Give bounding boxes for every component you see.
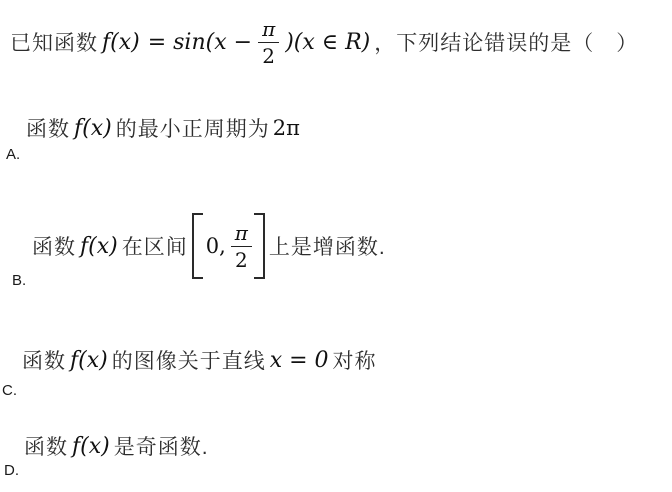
option-c-pre-text: 函数 [22,345,66,375]
option-c-fx: f(x) [70,348,108,373]
option-a-label: A. [6,146,20,163]
option-b-label: B. [12,272,26,289]
option-c-content: 函数 f(x) 的图像关于直线 x = 0 对称 [22,344,377,376]
option-d[interactable]: D. 函数 f(x) 是奇函数. [24,430,209,462]
option-b-content: 函数 f(x) 在区间 0, π 2 上是增函数. [32,212,386,280]
stem-fraction-pi-over-2: π 2 [258,18,279,66]
option-b[interactable]: B. 函数 f(x) 在区间 0, π 2 上是增函数. [32,212,386,280]
fraction-denominator: 2 [262,43,275,66]
option-a[interactable]: A. 函数 f(x) 的最小正周期为 2π [26,112,303,144]
stem-fx: f(x) [102,30,140,55]
option-d-pre-text: 函数 [24,431,68,461]
option-c-symmetry-line: x = 0 [270,348,329,373]
stem-equation-left: = sin(x − [148,30,252,55]
stem-comma: ， [374,27,396,57]
option-d-label: D. [4,462,19,479]
option-c-post-text: 对称 [333,345,377,375]
option-b-post-text: 上是增函数. [269,231,386,261]
question-stem: 已知函数 f(x) = sin(x − π 2 )(x ∈ R) ， 下列结论错… [10,14,638,70]
option-a-period-value: 2π [273,116,300,140]
fraction-numerator: π [231,222,252,247]
option-c-mid-text: 的图像关于直线 [112,345,266,375]
option-c-label: C. [2,382,17,399]
option-a-mid-text: 的最小正周期为 [116,113,270,143]
option-d-fx: f(x) [72,434,110,459]
stem-domain: )(x ∈ R) [285,30,370,55]
left-bracket [192,213,203,279]
option-b-mid-text: 在区间 [122,231,188,261]
option-b-fraction-pi-over-2: π 2 [231,222,252,270]
option-c[interactable]: C. 函数 f(x) 的图像关于直线 x = 0 对称 [22,344,377,376]
right-bracket [254,213,265,279]
option-d-mid-text: 是奇函数. [114,431,209,461]
fraction-numerator: π [258,18,279,43]
option-d-content: 函数 f(x) 是奇函数. [24,430,209,462]
stem-lead-text: 已知函数 [10,27,98,57]
option-a-fx: f(x) [74,116,112,141]
fraction-denominator: 2 [235,247,248,270]
option-a-content: 函数 f(x) 的最小正周期为 2π [26,112,303,144]
option-a-pre-text: 函数 [26,113,70,143]
option-b-fx: f(x) [80,234,118,259]
option-b-interval-start: 0, [206,234,226,258]
option-b-pre-text: 函数 [32,231,76,261]
stem-question-text: 下列结论错误的是（ ） [396,27,638,57]
